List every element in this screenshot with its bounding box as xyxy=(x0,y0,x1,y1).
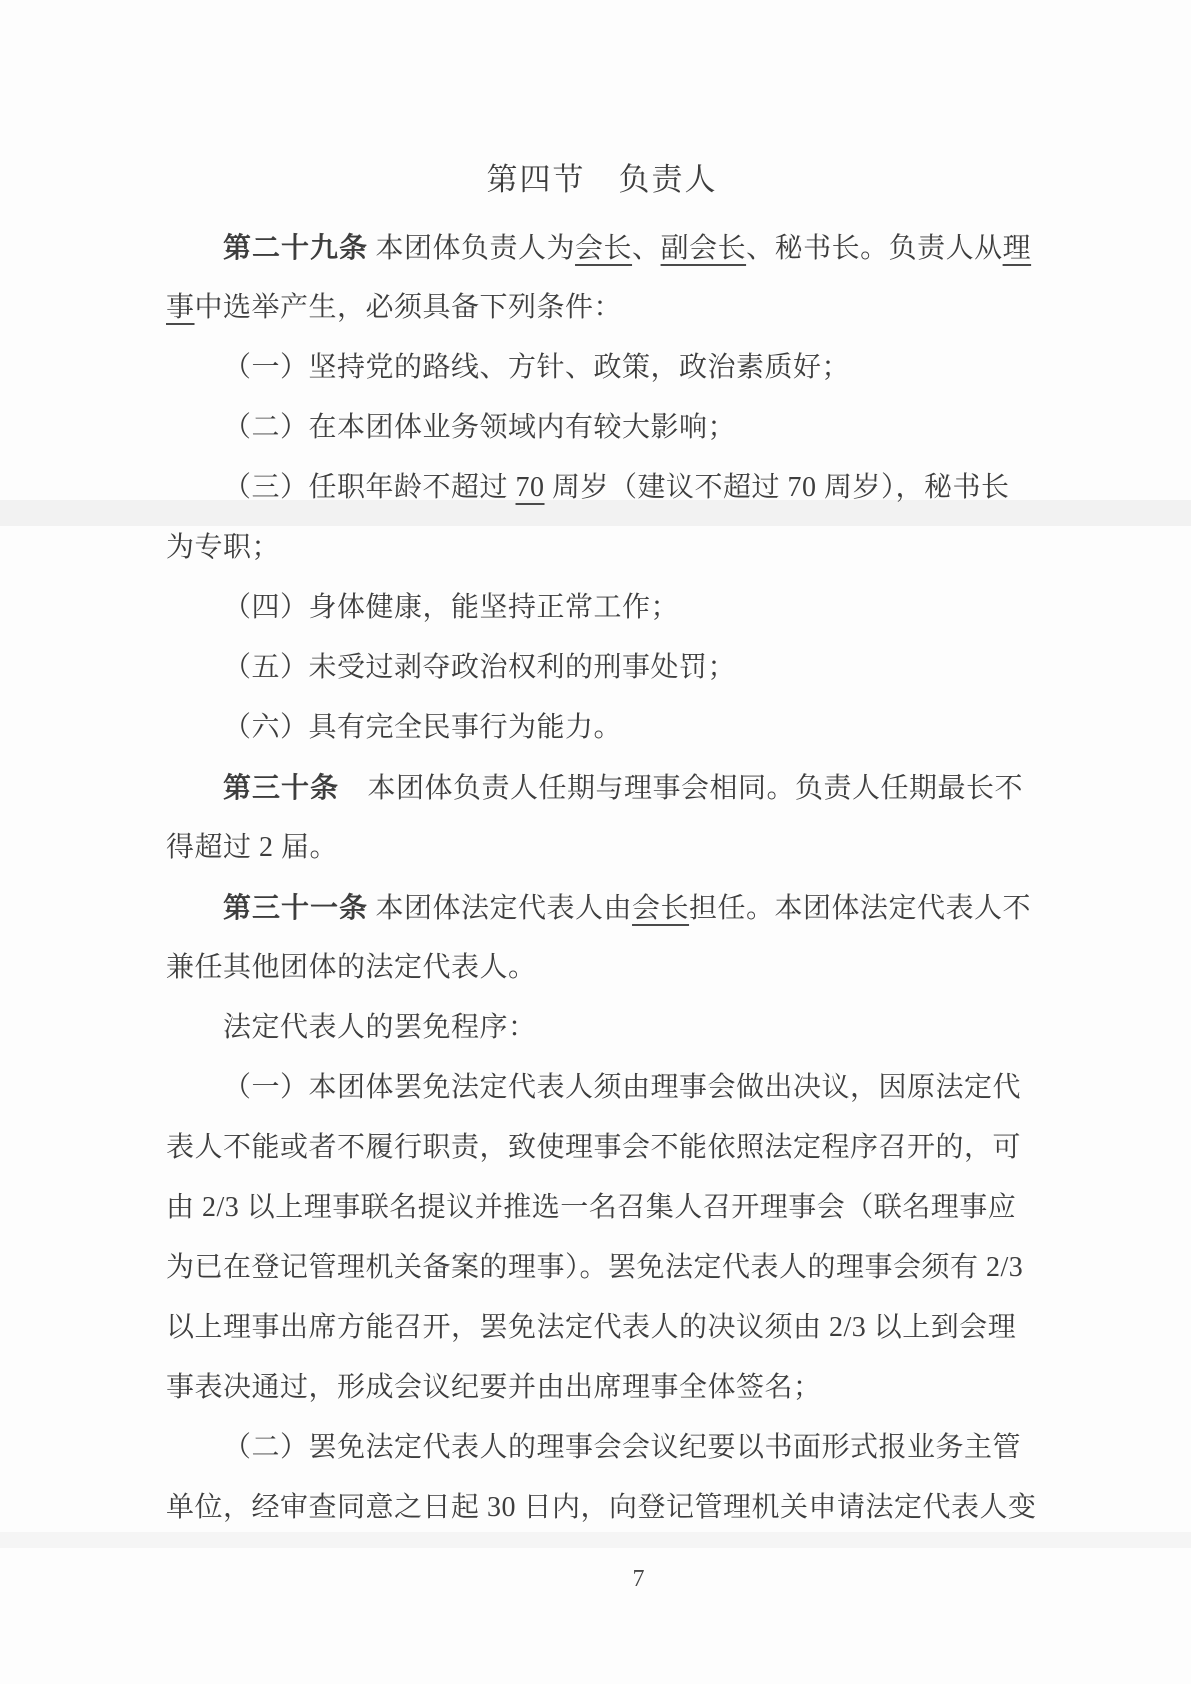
document-line: 表人不能或者不履行职责，致使理事会不能依照法定程序召开的，可 xyxy=(166,1118,1038,1178)
document-line: 为专职； xyxy=(166,518,1038,578)
underlined-text: 会长 xyxy=(632,893,689,924)
document-line: 法定代表人的罢免程序： xyxy=(166,998,1038,1058)
text-segment: 事表决通过，形成会议纪要并由出席理事全体签名； xyxy=(166,1372,822,1403)
underlined-text: 会长 xyxy=(575,233,632,264)
document-line: 第三十条 本团体负责人任期与理事会相同。负责人任期最长不 xyxy=(166,758,1038,818)
document-line: （六）具有完全民事行为能力。 xyxy=(166,698,1038,758)
text-segment: 表人不能或者不履行职责，致使理事会不能依照法定程序召开的，可 xyxy=(166,1132,1021,1163)
document-line: （四）身体健康，能坚持正常工作； xyxy=(166,578,1038,638)
text-segment: （三）任职年龄不超过 xyxy=(223,472,516,503)
document-line: 为已在登记管理机关备案的理事）。罢免法定代表人的理事会须有 2/3 xyxy=(166,1238,1038,1298)
document-line: （一）坚持党的路线、方针、政策，政治素质好； xyxy=(166,338,1038,398)
document-line: 由 2/3 以上理事联名提议并推选一名召集人召开理事会（联名理事应 xyxy=(166,1178,1038,1238)
text-segment: 兼任其他团体的法定代表人。 xyxy=(166,952,537,983)
document-line: 事中选举产生，必须具备下列条件： xyxy=(166,278,1038,338)
text-segment: （一）本团体罢免法定代表人须由理事会做出决议，因原法定代 xyxy=(223,1072,1021,1103)
text-segment: 、 xyxy=(632,233,661,264)
underlined-text: 70 xyxy=(516,472,545,503)
article-number: 第三十一条 xyxy=(223,892,368,923)
page-number: 7 xyxy=(0,1566,1191,1593)
text-segment: 为专职； xyxy=(166,532,280,563)
text-segment: （六）具有完全民事行为能力。 xyxy=(223,712,622,743)
document-line: 事表决通过，形成会议纪要并由出席理事全体签名； xyxy=(166,1358,1038,1418)
text-segment: （一）坚持党的路线、方针、政策，政治素质好； xyxy=(223,352,850,383)
underlined-text: 理 xyxy=(1003,233,1032,264)
document-line: （三）任职年龄不超过 70 周岁（建议不超过 70 周岁），秘书长 xyxy=(166,458,1038,518)
document-line: （五）未受过剥夺政治权利的刑事处罚； xyxy=(166,638,1038,698)
text-segment: 为已在登记管理机关备案的理事）。罢免法定代表人的理事会须有 2/3 xyxy=(166,1252,1023,1283)
text-segment: 由 2/3 以上理事联名提议并推选一名召集人召开理事会（联名理事应 xyxy=(166,1192,1016,1223)
document-line: 单位，经审查同意之日起 30 日内，向登记管理机关申请法定代表人变 xyxy=(166,1478,1038,1538)
document-body: 第二十九条 本团体负责人为会长、副会长、秘书长。负责人从理事中选举产生，必须具备… xyxy=(166,218,1038,1538)
document-line: （二）罢免法定代表人的理事会会议纪要以书面形式报业务主管 xyxy=(166,1418,1038,1478)
document-line: 以上理事出席方能召开，罢免法定代表人的决议须由 2/3 以上到会理 xyxy=(166,1298,1038,1358)
text-segment: 单位，经审查同意之日起 30 日内，向登记管理机关申请法定代表人变 xyxy=(166,1492,1037,1523)
text-segment: 周岁（建议不超过 70 周岁），秘书长 xyxy=(545,472,1010,503)
text-segment: （四）身体健康，能坚持正常工作； xyxy=(223,592,679,623)
text-segment: 中选举产生，必须具备下列条件： xyxy=(195,292,623,323)
text-segment: 本团体负责人为 xyxy=(368,233,575,264)
document-line: （二）在本团体业务领域内有较大影响； xyxy=(166,398,1038,458)
text-segment: 本团体法定代表人由 xyxy=(368,893,632,924)
section-title: 第四节 负责人 xyxy=(166,150,1038,210)
text-segment: （五）未受过剥夺政治权利的刑事处罚； xyxy=(223,652,736,683)
text-segment: （二）在本团体业务领域内有较大影响； xyxy=(223,412,736,443)
text-segment: 、秘书长。负责人从 xyxy=(746,233,1003,264)
text-segment: 法定代表人的罢免程序： xyxy=(223,1012,537,1043)
text-segment: 得超过 2 届。 xyxy=(166,832,338,863)
document-content: 第四节 负责人 第二十九条 本团体负责人为会长、副会长、秘书长。负责人从理事中选… xyxy=(166,150,1038,1538)
document-line: 得超过 2 届。 xyxy=(166,818,1038,878)
document-line: 兼任其他团体的法定代表人。 xyxy=(166,938,1038,998)
underlined-text: 副会长 xyxy=(661,233,747,264)
text-segment: 担任。本团体法定代表人不 xyxy=(689,893,1031,924)
article-number: 第三十条 xyxy=(223,772,339,803)
document-line: 第三十一条 本团体法定代表人由会长担任。本团体法定代表人不 xyxy=(166,878,1038,938)
text-segment: （二）罢免法定代表人的理事会会议纪要以书面形式报业务主管 xyxy=(223,1432,1021,1463)
article-number: 第二十九条 xyxy=(223,232,368,263)
document-line: （一）本团体罢免法定代表人须由理事会做出决议，因原法定代 xyxy=(166,1058,1038,1118)
text-segment: 以上理事出席方能召开，罢免法定代表人的决议须由 2/3 以上到会理 xyxy=(166,1312,1016,1343)
document-page: 第四节 负责人 第二十九条 本团体负责人为会长、副会长、秘书长。负责人从理事中选… xyxy=(0,0,1191,1684)
document-line: 第二十九条 本团体负责人为会长、副会长、秘书长。负责人从理 xyxy=(166,218,1038,278)
underlined-text: 事 xyxy=(166,292,195,323)
text-segment: 本团体负责人任期与理事会相同。负责人任期最长不 xyxy=(339,773,1023,804)
